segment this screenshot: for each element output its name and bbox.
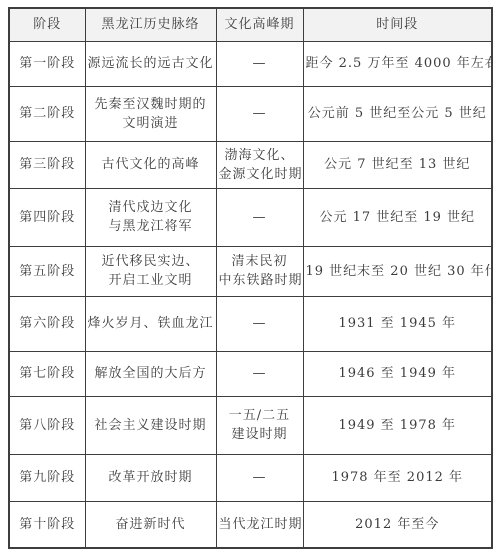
document-page: 阶段 黑龙江历史脉络 文化高峰期 时间段 第一阶段 源远流长的远古文化 — 距今…	[0, 0, 500, 554]
stage-cell: 第一阶段	[9, 41, 85, 86]
table-row: 第九阶段 改革开放时期 — 1978 年至 2012 年	[9, 454, 492, 501]
peak-cell: —	[216, 41, 303, 86]
peak-cell: 当代龙江时期	[216, 501, 303, 548]
stage-cell: 第四阶段	[9, 188, 85, 246]
stage-cell: 第六阶段	[9, 296, 85, 351]
history-cell: 改革开放时期	[85, 454, 216, 501]
history-cell: 烽火岁月、铁血龙江	[85, 296, 216, 351]
header-cell-history: 黑龙江历史脉络	[85, 8, 216, 41]
stage-cell: 第三阶段	[9, 141, 85, 188]
peak-cell: —	[216, 296, 303, 351]
peak-cell: 清末民初 中东铁路时期	[216, 246, 303, 296]
stage-cell: 第十阶段	[9, 501, 85, 548]
stage-cell: 第五阶段	[9, 246, 85, 296]
table-row: 第五阶段 近代移民实边、 开启工业文明 清末民初 中东铁路时期 19 世纪末至 …	[9, 246, 492, 296]
period-cell: 2012 年至今	[303, 501, 492, 548]
history-cell: 近代移民实边、 开启工业文明	[85, 246, 216, 296]
table-row: 第十阶段 奋进新时代 当代龙江时期 2012 年至今	[9, 501, 492, 548]
period-cell: 1946 至 1949 年	[303, 351, 492, 396]
header-cell-peak: 文化高峰期	[216, 8, 303, 41]
history-cell: 先秦至汉魏时期的 文明演进	[85, 86, 216, 141]
table-row: 第七阶段 解放全国的大后方 — 1946 至 1949 年	[9, 351, 492, 396]
stage-cell: 第八阶段	[9, 396, 85, 454]
peak-cell: —	[216, 86, 303, 141]
period-cell: 19 世纪末至 20 世纪 30 年代	[303, 246, 492, 296]
period-cell: 公元前 5 世纪至公元 5 世纪	[303, 86, 492, 141]
peak-cell: —	[216, 454, 303, 501]
history-cell: 社会主义建设时期	[85, 396, 216, 454]
period-cell: 公元 7 世纪至 13 世纪	[303, 141, 492, 188]
stage-cell: 第二阶段	[9, 86, 85, 141]
period-cell: 1949 至 1978 年	[303, 396, 492, 454]
peak-cell: —	[216, 188, 303, 246]
peak-cell: 一五/二五 建设时期	[216, 396, 303, 454]
period-cell: 距今 2.5 万年至 4000 年左右	[303, 41, 492, 86]
header-cell-stage: 阶段	[9, 8, 85, 41]
period-cell: 1931 至 1945 年	[303, 296, 492, 351]
table-row: 第二阶段 先秦至汉魏时期的 文明演进 — 公元前 5 世纪至公元 5 世纪	[9, 86, 492, 141]
stage-cell: 第九阶段	[9, 454, 85, 501]
stage-cell: 第七阶段	[9, 351, 85, 396]
history-cell: 解放全国的大后方	[85, 351, 216, 396]
table-row: 第六阶段 烽火岁月、铁血龙江 — 1931 至 1945 年	[9, 296, 492, 351]
period-cell: 1978 年至 2012 年	[303, 454, 492, 501]
header-cell-period: 时间段	[303, 8, 492, 41]
table-row: 第四阶段 清代戍边文化 与黑龙江将军 — 公元 17 世纪至 19 世纪	[9, 188, 492, 246]
history-cell: 清代戍边文化 与黑龙江将军	[85, 188, 216, 246]
history-phases-table: 阶段 黑龙江历史脉络 文化高峰期 时间段 第一阶段 源远流长的远古文化 — 距今…	[8, 7, 493, 549]
table-row: 第三阶段 古代文化的高峰 渤海文化、 金源文化时期 公元 7 世纪至 13 世纪	[9, 141, 492, 188]
peak-cell: 渤海文化、 金源文化时期	[216, 141, 303, 188]
table-row: 第一阶段 源远流长的远古文化 — 距今 2.5 万年至 4000 年左右	[9, 41, 492, 86]
history-cell: 源远流长的远古文化	[85, 41, 216, 86]
table-header-row: 阶段 黑龙江历史脉络 文化高峰期 时间段	[9, 8, 492, 41]
history-cell: 古代文化的高峰	[85, 141, 216, 188]
table-row: 第八阶段 社会主义建设时期 一五/二五 建设时期 1949 至 1978 年	[9, 396, 492, 454]
peak-cell: —	[216, 351, 303, 396]
history-cell: 奋进新时代	[85, 501, 216, 548]
period-cell: 公元 17 世纪至 19 世纪	[303, 188, 492, 246]
